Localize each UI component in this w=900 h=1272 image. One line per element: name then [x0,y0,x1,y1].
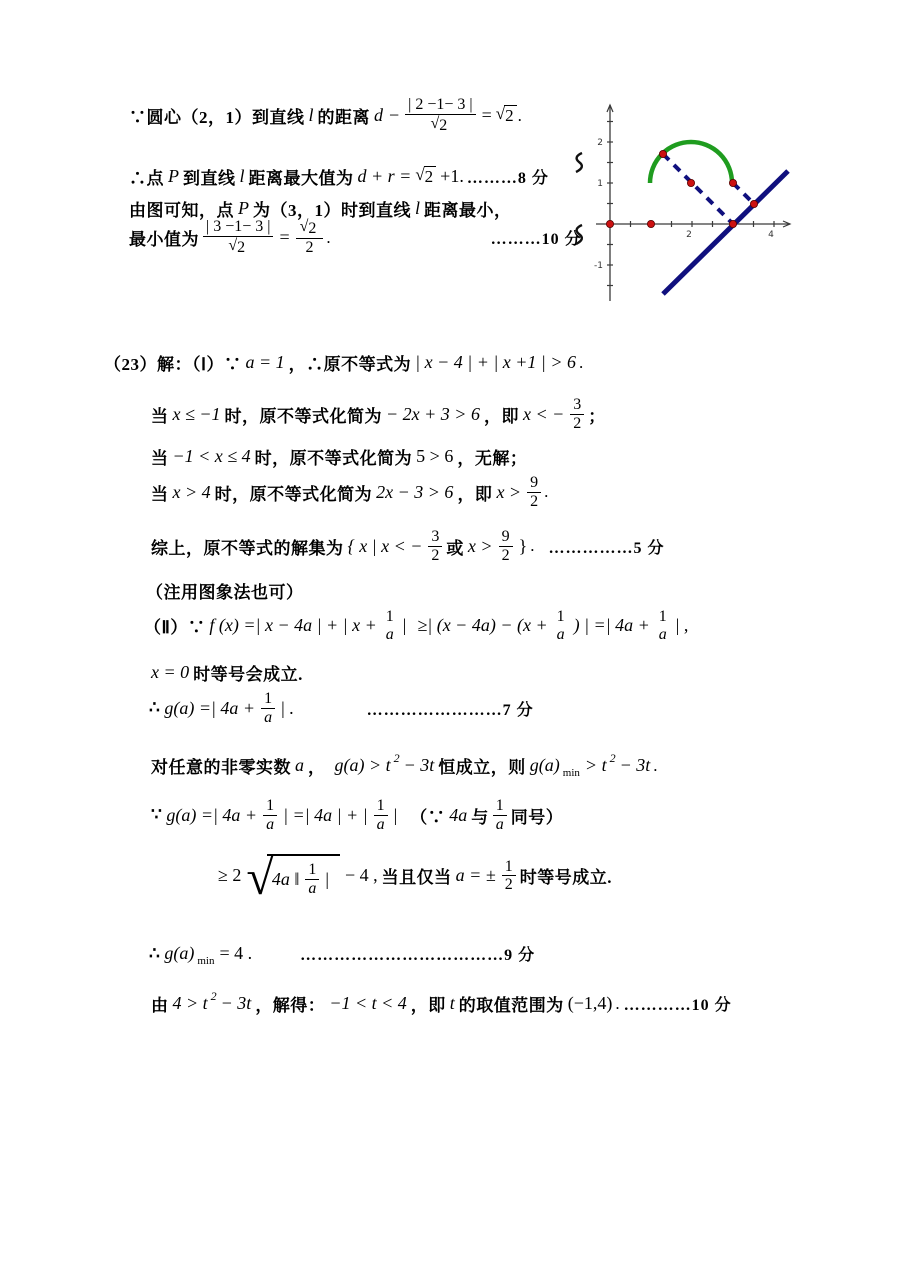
fraction: 1a [263,797,277,834]
math-run: ) | =| 4a + [574,615,650,636]
math-run: l [240,166,245,187]
fraction-denominator: 2 [502,876,516,894]
math-solution-page: ∵圆心（2，1）到直线 l 的距离 d − | 2 −1− 3 | √2 = √… [0,0,900,1272]
math-run: f (x) =| x − 4a | + | x + [209,615,376,636]
line-case-2: 当 −1 < x ≤ 4 时，原不等式化简为 5 > 6 ，无解； [150,444,528,469]
y-tick-label: 2 [597,138,603,148]
period: . [544,482,548,502]
plotted-points [606,150,757,227]
text-run: （23）解：（Ⅰ）∵ [104,350,242,375]
text-run: 最小值为 [129,225,199,250]
line-ga-definition: ∴ g(a) =| 4a + 1a | . ……………………7 分 [148,690,534,727]
radical: √2 [431,116,451,135]
text-run: ∵圆心（2，1）到直线 [129,103,305,128]
math-run: | , [676,615,689,636]
math-run: d + r = [358,166,412,187]
subscript-min: min [197,955,214,967]
math-run: 4 > t [173,993,208,1014]
fraction-denominator: a [263,816,277,834]
fraction-numerator: 9 [527,474,541,493]
fraction-denominator: 2 [428,547,442,565]
math-run: | x − 4 | + | x +1 | > 6 [415,352,576,373]
scan-artifact [576,225,582,244]
scan-artifact [576,153,582,172]
score-leader: ……………………7 分 [367,697,534,720]
axis-arrowheads [607,105,790,227]
math-run: 2x − 3 > 6 [376,482,453,503]
math-run: l [309,105,314,126]
fraction-denominator: a [383,626,397,644]
text-run: ，即 [411,991,446,1016]
line-case-3: 当 x > 4 时，原不等式化简为 2x − 3 > 6 ，即 x > 92 . [150,474,548,511]
text-run: 时等号成立. [520,863,612,888]
math-run: g(a) [164,943,194,964]
text-run: 恒成立，则 [438,753,526,778]
math-run: −1 < x ≤ 4 [173,446,251,467]
radical-sign: √ [246,857,273,898]
point-on-circle-far [659,150,666,157]
math-run: > t [585,755,607,776]
fraction-denominator: √2 [224,237,252,257]
math-run: − 2x + 3 > 6 [386,404,480,425]
point-origin [606,220,613,227]
math-run: { x | x < − [348,536,423,557]
fraction: 1a [554,608,568,644]
math-run: 4a ‖ [272,869,300,890]
math-run: P [168,166,179,187]
line-23-head: （23）解：（Ⅰ）∵ a = 1 ，∴原不等式为 | x − 4 | + | x… [103,350,583,375]
fraction-numerator: 3 [428,528,442,547]
fraction-denominator: a [493,816,507,834]
math-run: a = 1 [246,352,285,373]
radicand: 2 [504,105,517,126]
fraction: 92 [499,528,513,565]
text-run: ∴点 [129,164,164,189]
axis-ticks [607,122,774,286]
point-p-3-1 [729,179,736,186]
text-run: 距离最大值为 [249,164,354,189]
math-run: g(a) =| 4a + [164,698,255,719]
math-run: − 3t [404,755,435,776]
math-run: l [415,198,420,219]
math-run: 4a [449,805,467,826]
line-note-graphical: （注用图象法也可） [145,578,305,603]
math-run: x > [468,536,493,557]
superscript: 2 [211,989,217,1004]
math-run: | =| 4a | + | [283,805,368,826]
fraction: 1a [383,608,397,644]
period: . [326,228,330,248]
fraction-numerator: 1 [261,690,275,709]
y-tick-label: -1 [594,261,603,271]
math-run: x < − [523,404,564,425]
fraction: 32 [428,528,442,565]
text-run: 的取值范围为 [459,991,564,1016]
fraction-numerator: 1 [374,797,388,816]
math-run: x > 4 [173,482,211,503]
math-run: t [450,993,455,1014]
radical: √2 [415,166,436,187]
x-tick-label: 2 [686,230,692,240]
relation-sign: − [389,105,399,126]
math-run: x > [496,482,521,503]
line-min-value: 最小值为 | 3 −1− 3 | √2 = √2 2 . ………10 分 [128,218,582,257]
line-t-range: 由 4 > t 2 − 3t ，解得： −1 < t < 4 ，即 t 的取值范… [150,991,732,1016]
text-run: 时，原不等式化简为 [215,480,373,505]
fraction-denominator: 2 [499,547,513,565]
math-run: a = ± [456,865,496,886]
fraction: 92 [527,474,541,511]
text-run: 当 [151,444,169,469]
fraction: 1a [656,608,670,644]
punctuation: ， [308,753,326,778]
text-run: （∵ [410,803,445,828]
line-part2-fx: （Ⅱ）∵ f (x) =| x − 4a | + | x + 1a | ≥| (… [143,608,691,644]
fraction-denominator: a [656,626,670,644]
fraction-numerator: | 3 −1− 3 | [203,218,273,237]
fraction-numerator: 1 [263,797,277,816]
text-run: ∴ [149,698,160,718]
fraction-denominator: 2 [570,415,584,433]
math-run: ≥ 2 [218,865,241,886]
text-run: 当 [151,402,169,427]
line-inequality-holds: 对任意的非零实数 a ， g(a) > t 2 − 3t 恒成立，则 g(a) … [150,753,657,778]
superscript: 2 [394,751,400,766]
math-run: (−1,4) [568,993,613,1014]
math-run: 5 > 6 [416,446,453,467]
math-run: | [403,615,407,636]
radicand: 2 [438,116,450,135]
radical: √2 [228,238,248,257]
big-radical: √ 4a ‖ 1a | [246,854,340,898]
subscript-min: min [563,767,580,779]
line-solution-set: 综上，原不等式的解集为 { x | x < − 32 或 x > 92 } . … [150,528,664,565]
point-1-0 [647,220,654,227]
fraction: 1a [374,797,388,834]
fraction-denominator: 2 [303,239,317,257]
fraction: 32 [570,396,584,433]
fraction-denominator: a [305,880,319,898]
perpendicular-through-center-dashed [663,154,733,224]
line-case-1: 当 x ≤ −1 时，原不等式化简为 − 2x + 3 > 6 ，即 x < −… [150,396,607,433]
text-run: 与 [471,803,489,828]
math-run: } [519,536,528,557]
score-leader: …………10 分 [624,992,732,1015]
text-run: ∵ [151,805,162,825]
fraction-numerator: 1 [656,608,670,626]
fraction-numerator: 3 [570,396,584,415]
math-run: | [394,805,398,826]
math-run: − 3t [620,755,651,776]
math-run: g(a) [530,755,560,776]
fraction-numerator: 1 [502,858,516,877]
period: . [653,756,657,776]
math-run: | [325,869,329,890]
superscript: 2 [610,751,616,766]
text-run: 综上，原不等式的解集为 [151,534,344,559]
point-foot-3_5-0_5 [750,200,757,207]
math-run: | . [281,698,294,719]
score-leader: ……………5 分 [548,535,664,558]
text-run: 到直线 [183,164,236,189]
equals-sign: = [279,227,289,248]
point-center-2-1 [687,179,694,186]
period: . [530,536,534,556]
fraction-numerator: | 2 −1− 3 | [405,96,475,115]
math-run: g(a) > t [335,755,391,776]
fraction: 1a [261,690,275,727]
fraction-denominator: a [374,816,388,834]
math-run: x ≤ −1 [173,404,221,425]
fraction: | 2 −1− 3 | √2 [405,96,475,135]
text-run: 时，原不等式化简为 [255,444,413,469]
fraction-numerator: 9 [499,528,513,547]
radical: √2 [300,219,320,238]
fraction-numerator: √2 [296,218,324,239]
math-run: = 4 . [219,943,252,964]
math-run: ≥| (x − 4a) − (x + [417,615,547,636]
fraction-numerator: 1 [554,608,568,626]
fraction-numerator: 1 [305,861,319,880]
fraction-denominator: a [261,709,275,727]
fraction: 1a [493,797,507,834]
fraction: 1a [305,861,319,898]
radicand: 2 [236,238,248,257]
math-run: g(a) =| 4a + [166,805,257,826]
fraction: | 3 −1− 3 | √2 [203,218,273,257]
score-leader: ………10 分 [491,226,582,249]
x-tick-label: 4 [768,230,774,240]
text-run: 时等号会成立. [193,660,303,685]
line-ga-min: ∴ g(a) min = 4 . ………………………………9 分 [148,942,535,965]
line-ga-split: ∵ g(a) =| 4a + 1a | =| 4a | + | 1a | （∵ … [150,797,564,834]
math-run: − 4 , [345,865,378,886]
line-circle-distance: ∵圆心（2，1）到直线 l 的距离 d − | 2 −1− 3 | √2 = √… [128,96,522,135]
text-run: 对任意的非零实数 [151,753,291,778]
equals-sign: = [482,105,492,126]
period: . [518,106,522,126]
math-run: +1. [440,166,464,187]
fraction-denominator: a [554,626,568,644]
semicircle-arc [650,142,732,183]
fraction-denominator: 2 [527,493,541,511]
text-run: 当且仅当 [382,863,452,888]
period: . [615,994,619,1014]
text-run: 或 [446,534,464,559]
math-run: d [374,105,383,126]
text-run: （注用图象法也可） [146,578,304,603]
text-run: ∴ [149,944,160,964]
math-run: a [295,755,304,776]
score-leader: ………………………………9 分 [300,942,535,965]
fraction-denominator: √2 [427,115,455,135]
text-run: ，解得： [255,991,325,1016]
text-run: ，即 [484,402,519,427]
line-amgm-bound: ≥ 2 √ 4a ‖ 1a | − 4 , 当且仅当 a = ± 12 时等号成… [215,854,613,898]
score-leader: ………8 分 [467,165,549,188]
text-run: 同号） [511,803,564,828]
punctuation: ； [588,402,606,427]
radicand: 2 [424,166,437,187]
fraction: √2 2 [296,218,324,257]
point-foot-3-0 [729,220,736,227]
text-run: ，∴原不等式为 [289,350,412,375]
radical: √2 [496,105,517,126]
math-run: − 3t [221,993,252,1014]
text-run: 的距离 [318,103,371,128]
fraction-numerator: 1 [383,608,397,626]
text-run: 时，原不等式化简为 [225,402,383,427]
y-tick-label: 1 [597,179,603,189]
period: . [579,353,583,373]
fraction-numerator: 1 [493,797,507,816]
math-run: x = 0 [151,662,189,683]
radicand: 4a ‖ 1a | [267,854,340,898]
fraction: 12 [502,858,516,895]
text-run: ，无解； [457,444,527,469]
text-run: （Ⅱ）∵ [144,613,205,638]
line-equality-x0: x = 0 时等号会成立. [148,660,304,685]
distance-diagram: 2 4 2 1 -1 [572,93,804,308]
math-run: P [238,198,249,219]
math-run: −1 < t < 4 [329,993,406,1014]
line-max-distance: ∴点 P 到直线 l 距离最大值为 d + r = √2 +1. ………8 分 [128,164,549,189]
text-run: 由 [151,991,169,1016]
text-run: ，即 [457,480,492,505]
text-run: 当 [151,480,169,505]
radicand: 2 [307,219,319,238]
